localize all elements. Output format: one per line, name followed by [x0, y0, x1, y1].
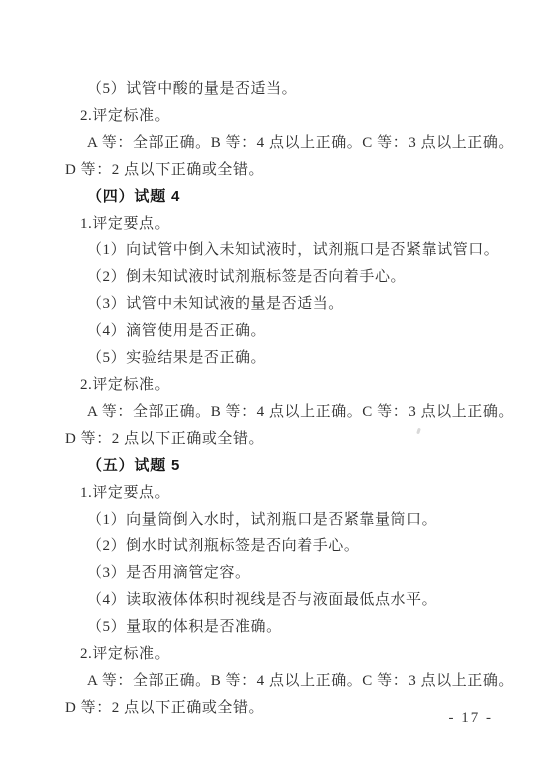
text-line: （4）读取液体体积时视线是否与液面最低点水平。: [60, 587, 500, 614]
text-line: A 等：全部正确。B 等：4 点以上正确。C 等：3 点以上正确。: [60, 130, 500, 157]
text-line: （1）向试管中倒入未知试液时，试剂瓶口是否紧靠试管口。: [60, 237, 500, 264]
page-number: - 17 -: [449, 710, 494, 727]
text-line: （2）倒水时试剂瓶标签是否向着手心。: [60, 533, 500, 560]
text-line: 2.评定标准。: [60, 103, 500, 130]
text-line: A 等：全部正确。B 等：4 点以上正确。C 等：3 点以上正确。: [60, 399, 500, 426]
text-line: D 等：2 点以下正确或全错。: [60, 426, 500, 453]
document-body: （5）试管中酸的量是否适当。 2.评定标准。 A 等：全部正确。B 等：4 点以…: [60, 76, 500, 722]
text-line: （5）量取的体积是否准确。: [60, 614, 500, 641]
text-line: （4）滴管使用是否正确。: [60, 318, 500, 345]
section-heading: （五）试题 5: [60, 453, 500, 480]
text-line: D 等：2 点以下正确或全错。: [60, 695, 500, 722]
text-line: （1）向量筒倒入水时，试剂瓶口是否紧靠量筒口。: [60, 507, 500, 534]
text-line: （5）实验结果是否正确。: [60, 345, 500, 372]
text-line: 1.评定要点。: [60, 211, 500, 238]
section-heading: （四）试题 4: [60, 184, 500, 211]
text-line: A 等：全部正确。B 等：4 点以上正确。C 等：3 点以上正确。: [60, 668, 500, 695]
text-line: D 等：2 点以下正确或全错。: [60, 157, 500, 184]
text-line: （2）倒未知试液时试剂瓶标签是否向着手心。: [60, 264, 500, 291]
text-line: 2.评定标准。: [60, 641, 500, 668]
document-page: （5）试管中酸的量是否适当。 2.评定标准。 A 等：全部正确。B 等：4 点以…: [0, 0, 551, 779]
text-line: 1.评定要点。: [60, 480, 500, 507]
text-line: （5）试管中酸的量是否适当。: [60, 76, 500, 103]
text-line: 2.评定标准。: [60, 372, 500, 399]
text-line: （3）试管中未知试液的量是否适当。: [60, 291, 500, 318]
text-line: （3）是否用滴管定容。: [60, 560, 500, 587]
